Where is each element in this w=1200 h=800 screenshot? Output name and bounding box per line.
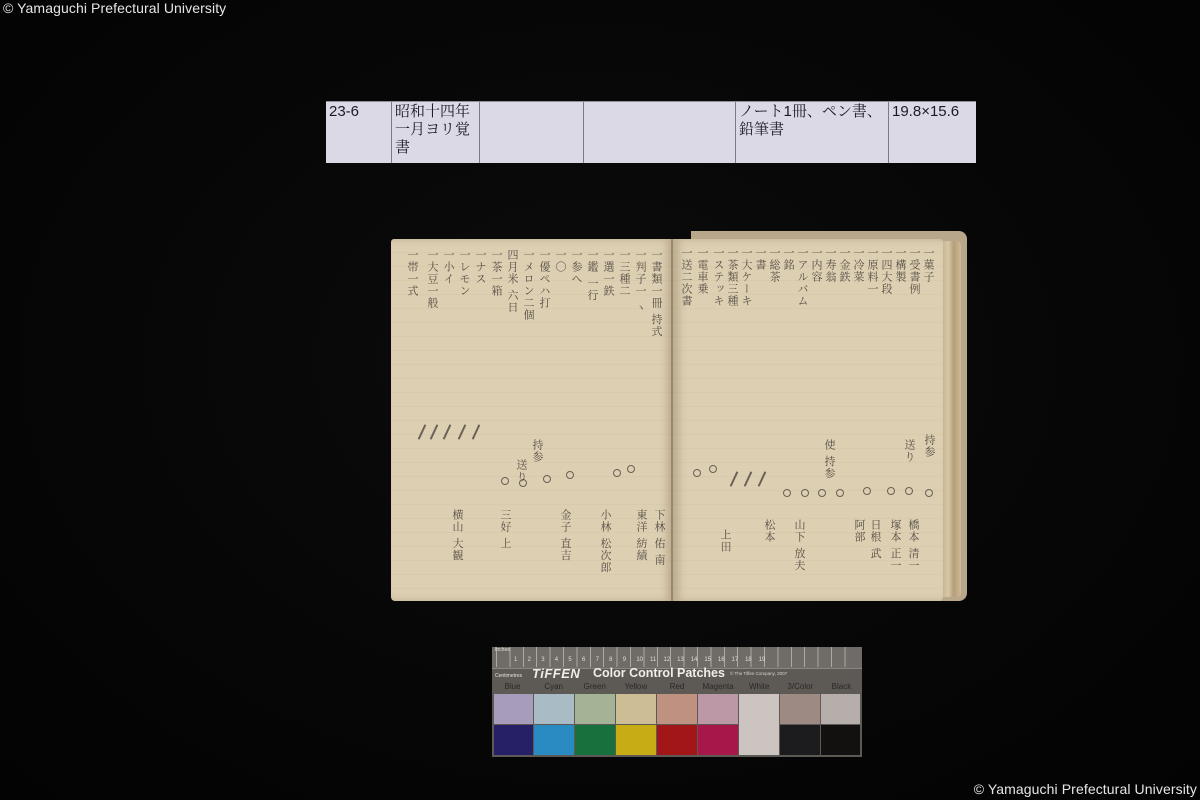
cm-mark: 8 (609, 657, 623, 663)
cm-tick-numbers: 1 2 3 4 5 6 7 8 9 10 11 12 13 14 15 16 1… (514, 657, 772, 663)
check-mark (758, 471, 767, 486)
handwritten-column: 一鑑 一行 (586, 249, 599, 302)
copyright-bottom: © Yamaguchi Prefectural University (974, 781, 1197, 797)
notebook-right-page: 一菓子 一受書例 一構製 一四大段 一原料一 一冷菜 一金鉄 一寿翁 一内容 一… (673, 239, 943, 601)
handwritten-column: 一電車乗 (696, 247, 709, 295)
label-size: 19.8×15.6 (889, 102, 976, 163)
patch-red-dark (657, 725, 697, 755)
color-control-chart: Inches 1 2 3 4 5 6 7 8 9 10 11 12 13 14 … (492, 647, 862, 757)
handwritten-column: 一構製 (894, 247, 907, 283)
handwritten-column: 一金鉄 (838, 247, 851, 283)
handwritten-note: 東洋 紡績 (635, 509, 648, 562)
handwritten-note: 横山 大観 (451, 509, 464, 562)
patch-green-dark (575, 725, 615, 755)
patch-label-cyan: Cyan (533, 682, 574, 691)
patch-red-light (657, 694, 697, 724)
handwritten-column: 一書類一冊 持式 (650, 249, 663, 338)
cm-mark: 5 (568, 657, 582, 663)
cm-mark: 3 (541, 657, 555, 663)
patch-label-yellow: Yellow (615, 682, 656, 691)
patch-blue-light (494, 694, 534, 724)
circle-mark (543, 475, 551, 483)
handwritten-column: 一受書例 (908, 247, 921, 295)
cm-mark: 16 (718, 657, 732, 663)
patch-label-magenta: Magenta (698, 682, 739, 691)
patch-label-red: Red (656, 682, 697, 691)
handwritten-note: 使 持参 (823, 439, 836, 480)
handwritten-column: 一書 (754, 247, 767, 271)
handwritten-note: 塚本 正一 (889, 519, 902, 572)
cm-mark: 11 (650, 657, 664, 663)
handwritten-column: 一判子一 ヽ (634, 249, 647, 314)
handwritten-column: 一銘 (782, 247, 795, 271)
handwritten-column: 一メロン二個 (522, 249, 535, 321)
handwritten-column: 一大豆一般 (426, 249, 439, 309)
cm-mark: 15 (704, 657, 718, 663)
handwritten-note: 橋本 清一 (907, 519, 920, 572)
circle-mark (627, 465, 635, 473)
cm-mark: 14 (691, 657, 705, 663)
handwritten-column: 一原料一 (866, 247, 879, 295)
patch-3color-light (780, 694, 820, 724)
cm-mark: 10 (636, 657, 650, 663)
cm-mark: 4 (555, 657, 569, 663)
patch-black-dark (821, 725, 861, 755)
notebook-page-edges (943, 241, 961, 597)
circle-mark (801, 489, 809, 497)
check-mark (430, 424, 439, 439)
open-notebook: 一書類一冊 持式 一判子一 ヽ 一三種二 一選一鉄 一鑑 一行 一参へ 一〇 一… (391, 231, 968, 603)
circle-mark (887, 487, 895, 495)
patch-3color-dark (780, 725, 820, 755)
circle-mark (709, 465, 717, 473)
cm-mark: 17 (732, 657, 746, 663)
handwritten-note: 松本 (763, 519, 776, 543)
patch-label-white: White (739, 682, 780, 691)
cm-mark: 7 (596, 657, 610, 663)
cm-mark: 18 (745, 657, 759, 663)
check-mark (472, 424, 481, 439)
ruler-inches-label: Inches (495, 647, 510, 653)
handwritten-note: 持参 (923, 434, 936, 458)
handwritten-column: 一優ペハ打 (538, 249, 551, 309)
patch-label-blue: Blue (492, 682, 533, 691)
handwritten-note: 日根 武 (869, 519, 882, 560)
cm-mark: 6 (582, 657, 596, 663)
handwritten-column: 一内容 (810, 247, 823, 283)
label-format: ノート1冊、ペン書、鉛筆書 (736, 102, 889, 163)
check-mark (443, 424, 452, 439)
handwritten-column: 一アルバム (796, 247, 809, 307)
circle-mark (905, 487, 913, 495)
handwritten-column: 一大ケーキ (740, 247, 753, 307)
handwritten-column: 一ナス (474, 249, 487, 285)
label-id: 23-6 (326, 102, 392, 163)
circle-mark (613, 469, 621, 477)
handwritten-note: 三好 上 (499, 509, 512, 550)
patch-white-light (739, 694, 779, 755)
handwritten-column: 一四大段 (880, 247, 893, 295)
tiffen-logo: TiFFEN (532, 666, 580, 681)
notebook-left-page: 一書類一冊 持式 一判子一 ヽ 一三種二 一選一鉄 一鑑 一行 一参へ 一〇 一… (391, 239, 673, 601)
handwritten-column: 一茶類三種 (726, 247, 739, 307)
cm-mark: 19 (759, 657, 773, 663)
cm-mark: 12 (664, 657, 678, 663)
handwritten-note: 金子 直吉 (559, 509, 572, 562)
patch-cyan-light (534, 694, 574, 724)
cm-mark: 13 (677, 657, 691, 663)
handwritten-note: 阿部 (853, 519, 866, 543)
patch-cyan-dark (534, 725, 574, 755)
patch-blue-dark (494, 725, 534, 755)
handwritten-column: 四月米 六日 (506, 249, 519, 314)
patch-label-3color: 3/Color (780, 682, 821, 691)
chart-title: Color Control Patches (593, 666, 725, 680)
check-mark (418, 424, 427, 439)
circle-mark (501, 477, 509, 485)
copyright-top: © Yamaguchi Prefectural University (3, 0, 226, 16)
handwritten-column: 一菓子 (922, 247, 935, 283)
patch-yellow-dark (616, 725, 656, 755)
color-patches (493, 694, 861, 756)
handwritten-column: 一寿翁 (824, 247, 837, 283)
handwritten-note: 小林 松次郎 (599, 509, 612, 574)
patch-magenta-dark (698, 725, 738, 755)
handwritten-column: 一三種二 (618, 249, 631, 297)
circle-mark (818, 489, 826, 497)
chart-copyright: © The Tiffen Company, 2007 (730, 671, 787, 676)
handwritten-column: 一小イ (442, 249, 455, 285)
check-mark (730, 471, 739, 486)
handwritten-column: 一ステッキ (712, 247, 725, 307)
handwritten-column: 一送二次書 (680, 247, 693, 307)
patch-yellow-light (616, 694, 656, 724)
patch-green-light (575, 694, 615, 724)
circle-mark (566, 471, 574, 479)
circle-mark (693, 469, 701, 477)
patch-magenta-light (698, 694, 738, 724)
check-mark (744, 471, 753, 486)
label-col4 (584, 102, 736, 163)
handwritten-column: 一選一鉄 (602, 249, 615, 297)
patch-labels: Blue Cyan Green Yellow Red Magenta White… (492, 682, 862, 691)
patch-black-light (821, 694, 861, 724)
cm-mark: 9 (623, 657, 637, 663)
circle-mark (836, 489, 844, 497)
cm-mark: 2 (528, 657, 542, 663)
handwritten-column: 一冷菜 (852, 247, 865, 283)
handwritten-column: 一〇 (554, 249, 567, 273)
handwritten-column: 一帯一式 (406, 249, 419, 297)
handwritten-note: 持参 (531, 439, 544, 463)
circle-mark (925, 489, 933, 497)
circle-mark (863, 487, 871, 495)
handwritten-note: 上田 (719, 529, 732, 553)
handwritten-column: 一総茶 (768, 247, 781, 283)
check-mark (458, 424, 467, 439)
patch-label-green: Green (574, 682, 615, 691)
patch-label-black: Black (821, 682, 862, 691)
handwritten-column: 一茶一箱 (490, 249, 503, 297)
label-title: 昭和十四年一月ヨリ覚書 (392, 102, 480, 163)
handwritten-note: 下林 佑 南 (653, 509, 666, 566)
handwritten-column: 一レモン (458, 249, 471, 297)
ruler-cm-label: Centimetres (495, 673, 522, 679)
handwritten-column: 一参へ (570, 249, 583, 285)
handwritten-note: 送り (903, 439, 916, 463)
circle-mark (783, 489, 791, 497)
label-col3 (480, 102, 584, 163)
catalog-label-card: 23-6 昭和十四年一月ヨリ覚書 ノート1冊、ペン書、鉛筆書 19.8×15.6 (326, 101, 976, 163)
handwritten-note: 山下 放夫 (793, 519, 806, 572)
cm-mark: 1 (514, 657, 528, 663)
handwritten-note: 送り (515, 459, 528, 483)
